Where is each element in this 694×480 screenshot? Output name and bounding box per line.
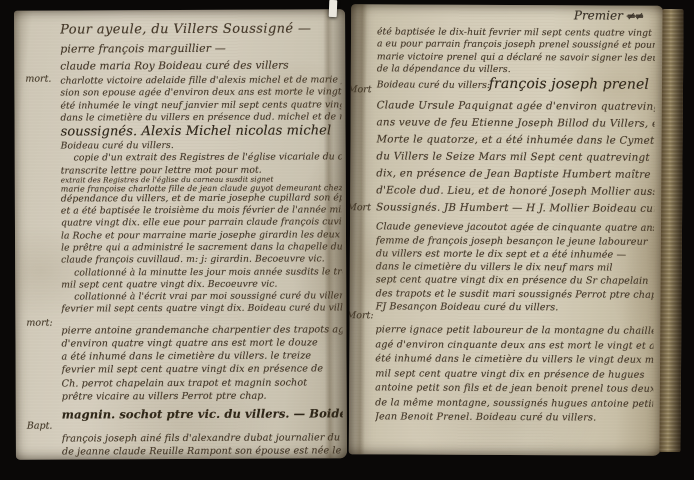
header-word: Premier <box>574 8 623 22</box>
manuscript-line: a été inhumé dans le cimetière du viller… <box>62 349 343 363</box>
manuscript-line: d'Ecole dud. Lieu, et de honoré Joseph M… <box>376 183 654 201</box>
left-page: mort. mort: Bapt. Pour ayeule, du Viller… <box>14 9 347 459</box>
manuscript-line: Claude Ursule Paquignat agée d'environ q… <box>377 98 655 116</box>
manuscript-line: d'environ quatre vingt quatre ans est mo… <box>61 336 342 350</box>
manuscript-line: des trapots et le susdit mari soussignés… <box>376 287 654 302</box>
manuscript-line: prêtre vicaire au villers Perrot ptre ch… <box>62 389 343 403</box>
margin-note-mort-1: mort. <box>25 74 51 85</box>
paraph-flourish-icon: ≠≠ <box>627 10 644 23</box>
manuscript-line: été inhumé dans le cimetière du villers … <box>375 352 653 368</box>
manuscript-scan: mort. mort: Bapt. Pour ayeule, du Viller… <box>0 0 694 480</box>
manuscript-line: ans veuve de feu Etienne Joseph Billod d… <box>377 115 655 133</box>
manuscript-line: du Villers le Seize Mars mil Sept cent q… <box>376 149 654 167</box>
manuscript-line: agé d'environ cinquante deux ans est mor… <box>375 338 653 354</box>
manuscript-line: Morte le quatorze, et a été inhumée dans… <box>376 132 654 150</box>
manuscript-line: Jean Benoit Prenel. Boideau curé du vill… <box>375 411 653 427</box>
margin-note-bapt: Bapt. <box>27 421 53 432</box>
right-page: Premier ≠≠ Mort Mort Mort: été baptisée … <box>349 4 663 456</box>
margin-note-mort-2: mort: <box>26 318 52 329</box>
manuscript-line: quatre vingt dix. elle eue pour parrain … <box>61 217 342 231</box>
margin-note-mort-3: Mort <box>349 84 372 95</box>
manuscript-line: Ch. perrot chapelain aux trapot et magni… <box>62 376 343 390</box>
bookmark-ribbon <box>329 0 338 17</box>
manuscript-line: Claude genevieve jacoutot agée de cinqua… <box>376 221 654 236</box>
manuscript-line: a eu pour parrain françois joseph prenel… <box>377 39 655 53</box>
manuscript-line: de la dépendance du villers. <box>377 63 655 77</box>
manuscript-line: claude maria Roy Boideau curé des viller… <box>60 57 341 75</box>
manuscript-line: collationné à la minutte les jour mois a… <box>61 266 342 280</box>
page-crease <box>355 4 367 454</box>
manuscript-line: pierre antoine grandemanche charpentier … <box>61 323 342 337</box>
manuscript-line: copie d'un extrait des Registres de l'ég… <box>61 152 342 166</box>
manuscript-line: françois joseph ainé fils d'alexandre du… <box>62 431 343 445</box>
page-header-premier: Premier ≠≠ <box>574 8 643 22</box>
manuscript-line: Pour ayeule, du Villers Soussigné — <box>60 18 341 40</box>
manuscript-line: fevrier mil sept cent quatre vingt dix e… <box>62 363 343 377</box>
manuscript-line: mil sept cent quatre vingt dix en présen… <box>375 367 653 383</box>
manuscript-line: soussignés. Alexis Michel nicolas michel <box>61 123 342 140</box>
manuscript-line: pierre françois marguillier — <box>60 39 341 58</box>
book-fore-edge <box>659 9 683 452</box>
manuscript-line: été inhumée le vingt neuf janvier mil se… <box>60 99 341 113</box>
manuscript-line: Soussignés. JB Humbert — H J. Mollier Bo… <box>376 200 654 218</box>
manuscript-line: dix, en présence de Jean Baptiste Humber… <box>376 166 654 184</box>
manuscript-line: sept cent quatre vingt dix en présence d… <box>376 274 654 289</box>
manuscript-line: magnin. sochot ptre vic. du villers. — B… <box>62 405 343 422</box>
manuscript-line: de jeanne claude Reuille Rampont son épo… <box>62 444 343 457</box>
margin-note-mort-4: Mort <box>349 202 371 213</box>
margin-note-mort-5: Mort: <box>349 310 374 321</box>
left-page-text: Pour ayeule, du Villers Soussigné —pierr… <box>60 18 343 457</box>
manuscript-line: la Roche et pour marraine marie josephe … <box>61 229 342 243</box>
manuscript-line: sion son epouse agée d'environ deux ans … <box>60 87 341 101</box>
manuscript-line: claude françois cuvillaud. m: j: girardi… <box>61 254 342 268</box>
manuscript-line: de la même montagne, soussignés hugues a… <box>375 396 653 412</box>
right-page-text: été baptisée le dix-huit fevrier mil sep… <box>375 26 655 453</box>
manuscript-line: FJ Besançon Boideau curé du villers. <box>376 300 654 315</box>
manuscript-line: pierre ignace petit laboureur de la mont… <box>375 323 653 339</box>
manuscript-line: antoine petit son fils et de jean benoit… <box>375 382 653 398</box>
manuscript-line: fevrier mil sept cents quatre vingt dix.… <box>61 303 342 317</box>
manuscript-line: femme de françois joseph besançon le jeu… <box>376 234 654 249</box>
